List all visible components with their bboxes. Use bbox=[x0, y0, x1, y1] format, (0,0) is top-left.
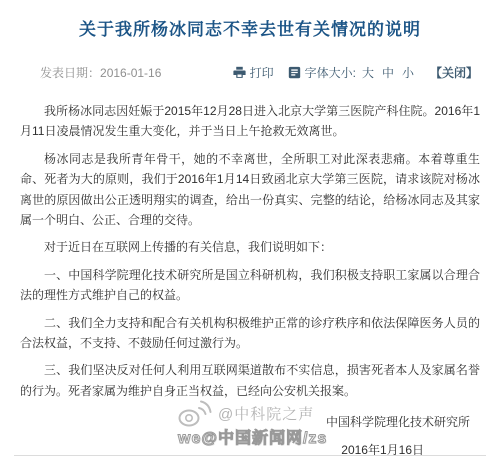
body-paragraph-1: 我所杨冰同志因妊娠于2015年12月28日进入北京大学第三医院产科住院。2016… bbox=[20, 101, 480, 142]
body-list-item-1: 一、中国科学院理化技术研究所是国立科研机构，我们积极支持职工家属以合理合法的理性… bbox=[20, 265, 480, 306]
font-size-large[interactable]: 大 bbox=[362, 64, 374, 81]
weibo-account-text: @中科院之声 bbox=[218, 403, 314, 424]
body-paragraph-2: 杨冰同志是我所青年骨干，她的不幸离世，全所职工对此深表悲痛。本着尊重生命、死者为… bbox=[20, 149, 480, 231]
watermark: @中科院之声 we@中国新闻网/zs bbox=[176, 398, 314, 428]
body-list-item-2: 二、我们全力支持和配合有关机构积极维护正常的诊疗秩序和依法保障医务人员的合法权益… bbox=[20, 313, 480, 354]
announcement-page: 关于我所杨冰同志不幸去世有关情况的说明 发表日期：2016-01-16 打印 bbox=[0, 0, 500, 459]
document-body: 我所杨冰同志因妊娠于2015年12月28日进入北京大学第三医院产科住院。2016… bbox=[0, 101, 500, 401]
body-paragraph-3: 对于近日在互联网上传播的有关信息，我们说明如下： bbox=[20, 237, 480, 257]
publish-date-value: 2016-01-16 bbox=[100, 66, 161, 80]
weibo-watermark: @中科院之声 bbox=[176, 398, 314, 428]
publish-date-label: 发表日期： bbox=[40, 66, 100, 80]
body-list-item-3: 三、我们坚决反对任何人利用互联网渠道散布不实信息，损害死者本人及家属名誉的行为。… bbox=[20, 360, 480, 401]
print-label: 打印 bbox=[250, 64, 274, 81]
print-button[interactable]: 打印 bbox=[233, 64, 274, 81]
font-size-icon bbox=[288, 66, 301, 79]
font-size-small[interactable]: 小 bbox=[402, 64, 414, 81]
font-size-medium[interactable]: 中 bbox=[382, 64, 394, 81]
meta-toolbar: 发表日期：2016-01-16 打印 bbox=[0, 64, 500, 81]
weibo-icon bbox=[176, 398, 212, 428]
toolbar-actions: 打印 字体大小: 大 中 小 【关闭】 bbox=[233, 64, 478, 81]
font-size-label: 字体大小: bbox=[305, 64, 356, 81]
close-button[interactable]: 【关闭】 bbox=[430, 64, 478, 81]
bottom-divider bbox=[14, 455, 486, 456]
news-site-watermark: we@中国新闻网/zs bbox=[178, 425, 327, 448]
printer-icon bbox=[233, 66, 246, 79]
publish-date-row: 发表日期：2016-01-16 bbox=[40, 64, 161, 81]
font-size-control: 字体大小: 大 中 小 bbox=[288, 64, 416, 81]
page-title: 关于我所杨冰同志不幸去世有关情况的说明 bbox=[0, 0, 500, 40]
